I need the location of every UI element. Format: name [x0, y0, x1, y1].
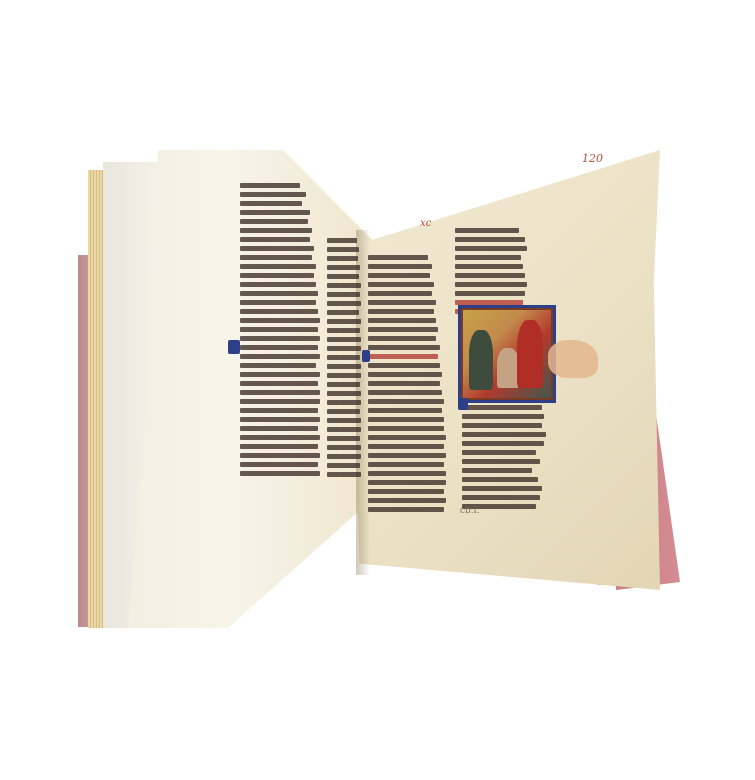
right-page-column-2-bottom — [462, 405, 548, 509]
text-line — [368, 399, 444, 404]
text-line — [462, 477, 538, 482]
text-line — [327, 373, 361, 378]
text-line — [368, 453, 446, 458]
text-line — [327, 463, 360, 468]
figure-right-red — [517, 320, 543, 388]
text-line — [368, 255, 428, 260]
figure-left — [469, 330, 493, 390]
text-line — [368, 336, 436, 341]
text-line — [462, 432, 546, 437]
text-line — [240, 210, 310, 215]
text-line — [327, 301, 361, 306]
decorated-initial — [228, 340, 240, 354]
decorated-initial — [458, 398, 468, 410]
text-line — [240, 417, 320, 422]
text-line — [462, 405, 542, 410]
text-line — [368, 345, 440, 350]
text-line — [455, 255, 521, 260]
text-line — [327, 319, 361, 324]
text-line — [462, 459, 540, 464]
text-line — [327, 310, 359, 315]
text-line — [240, 183, 300, 188]
text-line — [327, 409, 360, 414]
text-line — [462, 423, 542, 428]
text-line — [462, 441, 544, 446]
text-line — [462, 450, 536, 455]
folio-number: 120 — [582, 152, 603, 165]
text-line — [240, 363, 316, 368]
text-line — [327, 400, 361, 405]
text-line — [240, 273, 314, 278]
text-line — [240, 399, 320, 404]
text-line — [368, 426, 444, 431]
figure-reclining — [497, 348, 519, 388]
text-line — [240, 462, 318, 467]
text-line — [240, 336, 320, 341]
text-line — [240, 291, 318, 296]
text-line — [368, 363, 440, 368]
text-line — [327, 391, 361, 396]
text-line — [240, 408, 318, 413]
text-line — [327, 265, 360, 270]
text-line — [368, 471, 446, 476]
text-line — [368, 327, 438, 332]
text-line — [368, 291, 432, 296]
text-line — [368, 435, 446, 440]
text-line — [327, 328, 360, 333]
text-line — [368, 309, 434, 314]
text-line — [327, 283, 361, 288]
text-line — [240, 282, 316, 287]
text-line — [327, 337, 361, 342]
text-line — [462, 486, 542, 491]
text-line — [240, 426, 318, 431]
text-line — [327, 427, 361, 432]
text-line — [327, 364, 361, 369]
text-line — [462, 495, 540, 500]
text-line — [455, 282, 527, 287]
text-line — [240, 471, 320, 476]
text-line — [368, 408, 442, 413]
text-line — [368, 390, 442, 395]
text-line — [240, 435, 320, 440]
right-page-column-2-top — [455, 228, 535, 314]
text-line — [327, 445, 361, 450]
text-line — [455, 237, 525, 242]
text-line — [368, 264, 432, 269]
text-line — [455, 273, 525, 278]
marginal-drollery — [548, 340, 598, 378]
text-line — [368, 444, 444, 449]
text-line — [368, 273, 430, 278]
text-line — [240, 300, 316, 305]
text-line — [327, 247, 359, 252]
text-line — [240, 372, 320, 377]
text-line — [240, 228, 312, 233]
text-line — [368, 282, 434, 287]
text-line — [240, 192, 306, 197]
text-line — [240, 255, 312, 260]
rubric-line — [368, 354, 438, 359]
text-line — [327, 418, 361, 423]
text-line — [240, 453, 320, 458]
illuminated-miniature — [458, 305, 556, 403]
left-page-column-1 — [240, 183, 320, 476]
text-line — [455, 291, 525, 296]
text-line — [368, 417, 444, 422]
text-line — [327, 436, 360, 441]
text-line — [455, 264, 523, 269]
text-line — [327, 346, 361, 351]
text-line — [240, 237, 310, 242]
text-line — [368, 480, 446, 485]
text-line — [368, 498, 446, 503]
text-line — [240, 201, 302, 206]
text-line — [327, 382, 360, 387]
text-line — [240, 345, 318, 350]
text-line — [327, 355, 360, 360]
text-line — [240, 318, 320, 323]
text-line — [462, 414, 544, 419]
text-line — [240, 444, 318, 449]
decorated-initial — [362, 350, 370, 362]
left-page-column-2 — [327, 238, 361, 477]
header-mark: xc — [420, 218, 431, 229]
text-line — [455, 246, 527, 251]
text-line — [240, 219, 308, 224]
text-line — [368, 381, 440, 386]
text-line — [368, 462, 444, 467]
text-line — [327, 292, 360, 297]
text-line — [240, 264, 316, 269]
text-line — [327, 454, 361, 459]
text-line — [240, 390, 320, 395]
text-line — [240, 309, 318, 314]
text-line — [240, 381, 318, 386]
text-line — [240, 327, 318, 332]
text-line — [462, 468, 532, 473]
text-line — [240, 246, 314, 251]
text-line — [327, 238, 357, 243]
text-line — [368, 300, 436, 305]
text-line — [368, 372, 442, 377]
right-page-column-1 — [368, 255, 446, 512]
text-line — [455, 228, 519, 233]
text-line — [368, 507, 444, 512]
text-line — [327, 472, 361, 477]
text-line — [240, 354, 320, 359]
text-line — [368, 318, 436, 323]
text-line — [368, 489, 444, 494]
footer-mark: cb.i. — [460, 506, 479, 516]
text-line — [327, 256, 358, 261]
text-line — [327, 274, 359, 279]
